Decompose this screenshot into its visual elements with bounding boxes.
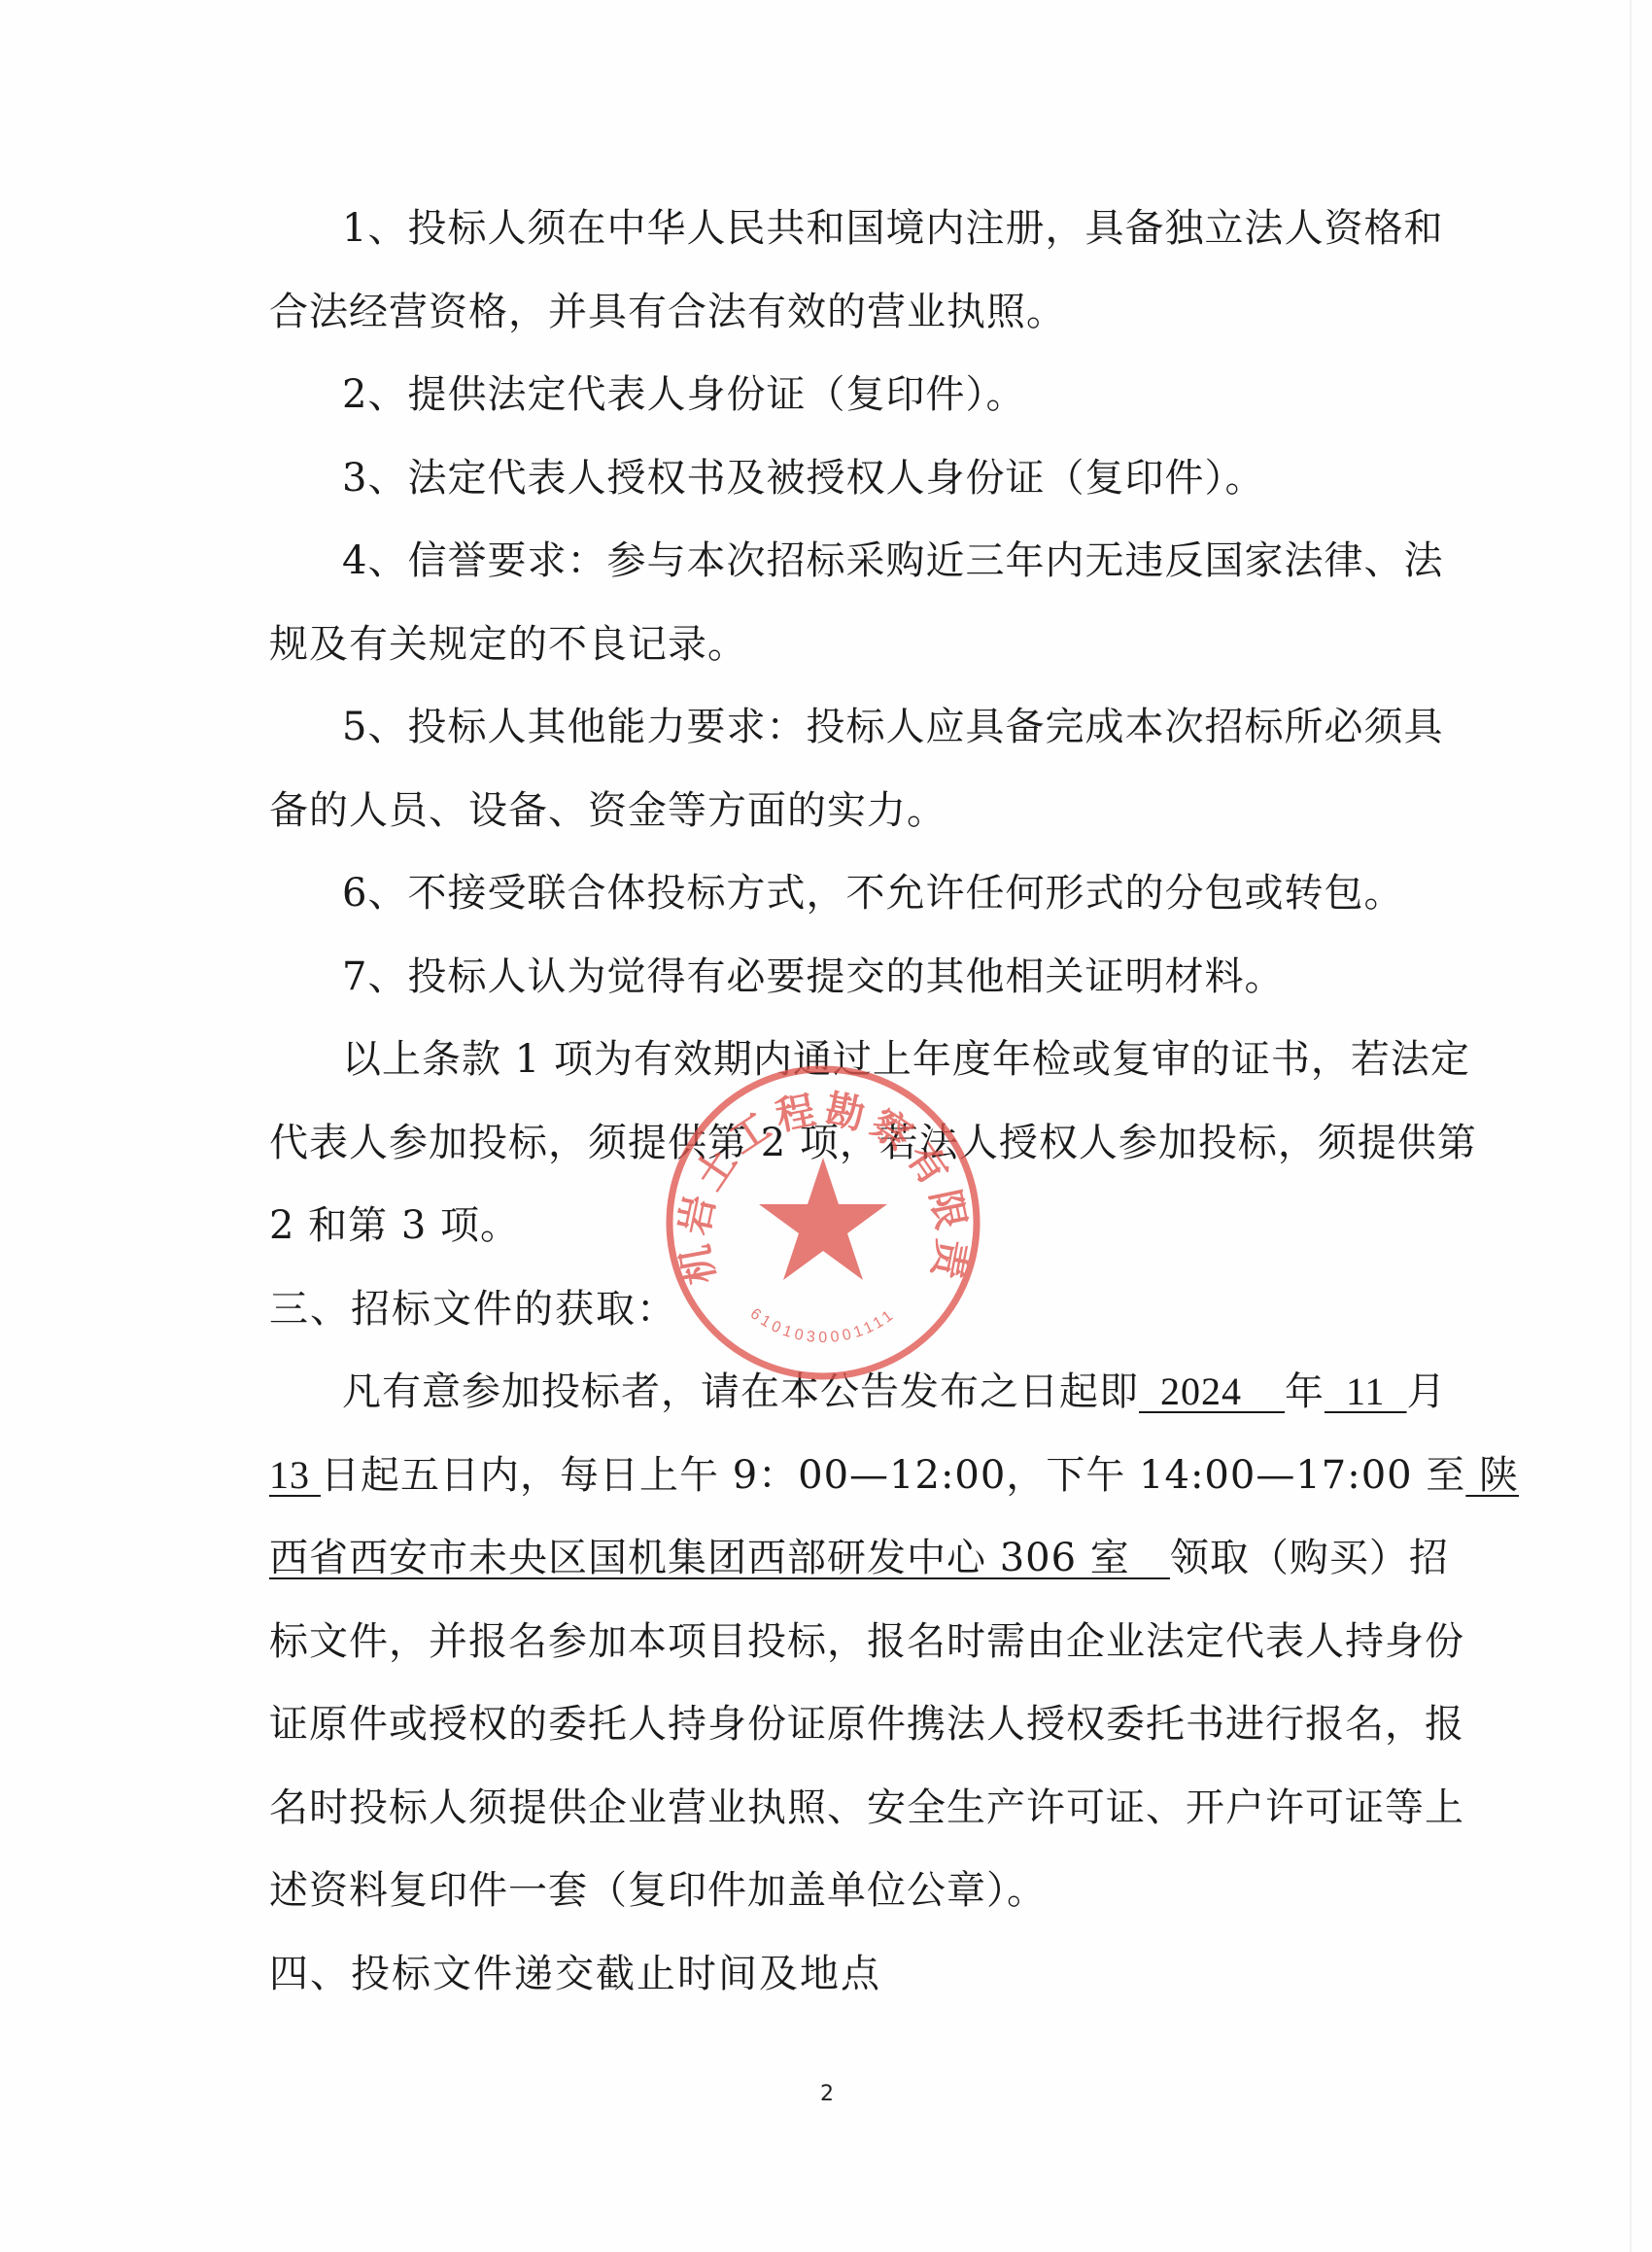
note-line-1: 以上条款 1 项为有效期内通过上年度年检或复审的证书，若法定 xyxy=(342,1035,1388,1084)
document-page: 1、投标人须在中华人民共和国境内注册，具备独立法人资格和 合法经营资格，并具有合… xyxy=(0,0,1652,2252)
section-3-line-5: 证原件或授权的委托人持身份证原件携法人授权委托书进行报名，报 xyxy=(269,1700,1388,1749)
item-1-line-2: 合法经营资格，并具有合法有效的营业执照。 xyxy=(269,288,1066,336)
seal-code: 6101030001111 xyxy=(747,1305,899,1346)
star-icon xyxy=(759,1158,887,1280)
seal-company-name: 陕西国机岩土工程勘察有限责任公司 xyxy=(663,1062,976,1288)
svg-text:陕西国机岩土工程勘察有限责任公司: 陕西国机岩土工程勘察有限责任公司 xyxy=(663,1062,976,1288)
note-line-2: 代表人参加投标，须提供第 2 项，若法人授权人参加投标，须提供第 xyxy=(269,1119,1388,1167)
address-blank: 西省西安市未央区国机集团西部研发中心 306 室 xyxy=(269,1536,1170,1580)
official-seal-stamp: 陕西国机岩土工程勘察有限责任公司 6101030001111 xyxy=(663,1062,983,1383)
note-line-3: 2 和第 3 项。 xyxy=(269,1201,520,1250)
day-blank: 13 xyxy=(269,1453,321,1497)
section-3-line-7: 述资料复印件一套（复印件加盖单位公章）。 xyxy=(269,1866,1047,1915)
month-blank: 11 xyxy=(1325,1369,1407,1413)
item-2: 2、提供法定代表人身份证（复印件）。 xyxy=(342,370,1025,419)
item-3: 3、法定代表人授权书及被授权人身份证（复印件）。 xyxy=(342,454,1264,502)
item-5-line-1: 5、投标人其他能力要求：投标人应具备完成本次招标所必须具 xyxy=(342,703,1388,751)
section-4-heading: 四、投标文件递交截止时间及地点 xyxy=(269,1950,881,1998)
year-blank: 2024 xyxy=(1139,1369,1285,1413)
item-5-line-2: 备的人员、设备、资金等方面的实力。 xyxy=(269,786,946,835)
page-number: 2 xyxy=(812,2082,842,2106)
address-blank-start: 陕 xyxy=(1465,1453,1519,1498)
item-1-line-1: 1、投标人须在中华人民共和国境内注册，具备独立法人资格和 xyxy=(342,204,1388,253)
section-3-line-3: 西省西安市未央区国机集团西部研发中心 306 室 领取（购买）招 xyxy=(269,1534,1388,1582)
item-4-line-1: 4、信誉要求：参与本次招标采购近三年内无违反国家法律、法 xyxy=(342,537,1388,585)
section-3-heading: 三、招标文件的获取： xyxy=(269,1285,677,1334)
year-suffix: 年 xyxy=(1285,1369,1325,1414)
scan-edge-line xyxy=(1630,0,1632,2252)
item-7: 7、投标人认为觉得有必要提交的其他相关证明材料。 xyxy=(342,953,1284,1001)
item-6: 6、不接受联合体投标方式，不允许任何形式的分包或转包。 xyxy=(342,869,1403,918)
section-3-line-1: 凡有意参加投标者，请在本公告发布之日起即 2024 年 11 月 xyxy=(342,1368,1388,1416)
section-3-line-6: 名时投标人须提供企业营业执照、安全生产许可证、开户许可证等上 xyxy=(269,1784,1388,1832)
svg-text:6101030001111: 6101030001111 xyxy=(747,1305,899,1346)
line-3-suffix: 领取（购买）招 xyxy=(1170,1536,1449,1580)
seal-ring xyxy=(670,1069,977,1376)
line-2-middle: 日起五日内，每日上午 9：00—12:00，下午 14:00—17:00 至 xyxy=(321,1453,1465,1498)
item-4-line-2: 规及有关规定的不良记录。 xyxy=(269,620,747,669)
section-3-line-2: 13 日起五日内，每日上午 9：00—12:00，下午 14:00—17:00 … xyxy=(269,1451,1388,1500)
month-suffix: 月 xyxy=(1407,1369,1447,1414)
line-1-prefix: 凡有意参加投标者，请在本公告发布之日起即 xyxy=(342,1369,1139,1414)
section-3-line-4: 标文件，并报名参加本项目投标，报名时需由企业法定代表人持身份 xyxy=(269,1617,1388,1666)
